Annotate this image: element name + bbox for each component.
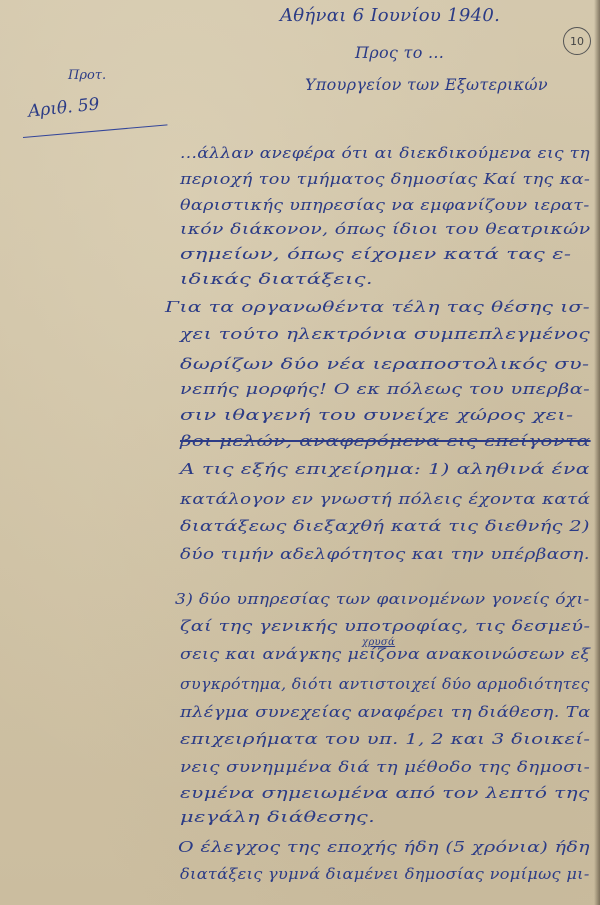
recipient-line: Υπουργείον των Εξωτερικών — [305, 75, 548, 94]
body-line-12-struck: βοι μελών, αναφερόμενα εις επείγοντα — [180, 432, 591, 450]
body-line-15: διατάξεως διεξαχθή κατά τις διεθνής 2) — [180, 517, 590, 535]
body-line-8: χει τούτο ηλεκτρόνια συμπεπλεγμένος — [180, 325, 590, 343]
page-number: 10 — [570, 35, 584, 48]
body-line-14: κατάλογον εν γνωστή πόλεις έχοντα κατά — [180, 490, 590, 508]
body-line-11: σιν ιθαγενή του συνείχε χώρος χει- — [180, 406, 574, 424]
body-line-13: Α τις εξής επιχείρημα: 1) αληθινά ένα — [180, 460, 590, 478]
body-line-25: μεγάλη διάθεσης. — [180, 808, 375, 826]
body-line-18: ζαί της γενικής υποτροφίας, τις δεσμεύ- — [180, 617, 590, 635]
body-line-10: νεπής μορφής! Ο εκ πόλεως του υπερβα- — [180, 380, 590, 398]
body-line-6: ιδικάς διατάξεις. — [180, 270, 373, 288]
body-line-3: θαριστικής υπηρεσίας να εμφανίζουν ιερατ… — [180, 196, 590, 214]
body-line-17: 3) δύο υπηρεσίας των φαινομένων γονείς ό… — [175, 590, 590, 608]
body-line-16: δύο τιμήν αδελφότητος και την υπέρβαση. — [180, 545, 590, 563]
body-line-5: σημείων, όπως είχομεν κατά τας ε- — [180, 245, 571, 263]
body-line-19: σεις και ανάγκης μείζονα ανακοινώσεων εξ — [180, 645, 590, 663]
letter-page: 10 Αθήναι 6 Ιουνίου 1940. Προς το ... Υπ… — [0, 0, 600, 905]
body-line-7: Για τα οργανωθέντα τέλη τας θέσης ισ- — [165, 298, 590, 316]
reference-label: Προτ. — [68, 68, 106, 83]
body-line-21: πλέγμα συνεχείας αναφέρει τη διάθεση. Τα — [180, 703, 591, 721]
place-date-line: Αθήναι 6 Ιουνίου 1940. — [280, 5, 500, 26]
body-line-26: Ο έλεγχος της εποχής ήδη (5 χρόνια) ήδη — [178, 838, 590, 856]
body-line-22: επιχειρήματα του υπ. 1, 2 και 3 διοικεί- — [180, 730, 590, 748]
reference-number: Αριθ. 59 — [27, 94, 100, 121]
body-line-2: περιοχή του τμήματος δημοσίας Καί της κα… — [180, 170, 590, 188]
body-line-20: συγκρότημα, διότι αντιστοιχεί δύο αρμοδι… — [180, 675, 590, 693]
page-number-stamp: 10 — [563, 27, 591, 55]
page-edge-shadow — [594, 0, 600, 905]
body-line-4: ικόν διάκονον, όπως ίδιοι του θεατρικών — [180, 220, 591, 238]
body-line-24: ευμένα σημειωμένα από τον λεπτό της — [180, 784, 590, 802]
body-line-9: δωρίζων δύο νέα ιεραποστολικός συ- — [180, 355, 589, 373]
body-line-27: διατάξεις γυμνά διαμένει δημοσίας νομίμω… — [180, 865, 590, 883]
reference-underline — [23, 124, 168, 138]
body-line-23: νεις συνημμένα διά τη μέθοδο της δημοσι- — [180, 758, 590, 776]
body-line-1: ...άλλαν ανεφέρα ότι αι διεκδικούμενα ει… — [180, 144, 590, 162]
to-line: Προς το ... — [355, 43, 444, 62]
